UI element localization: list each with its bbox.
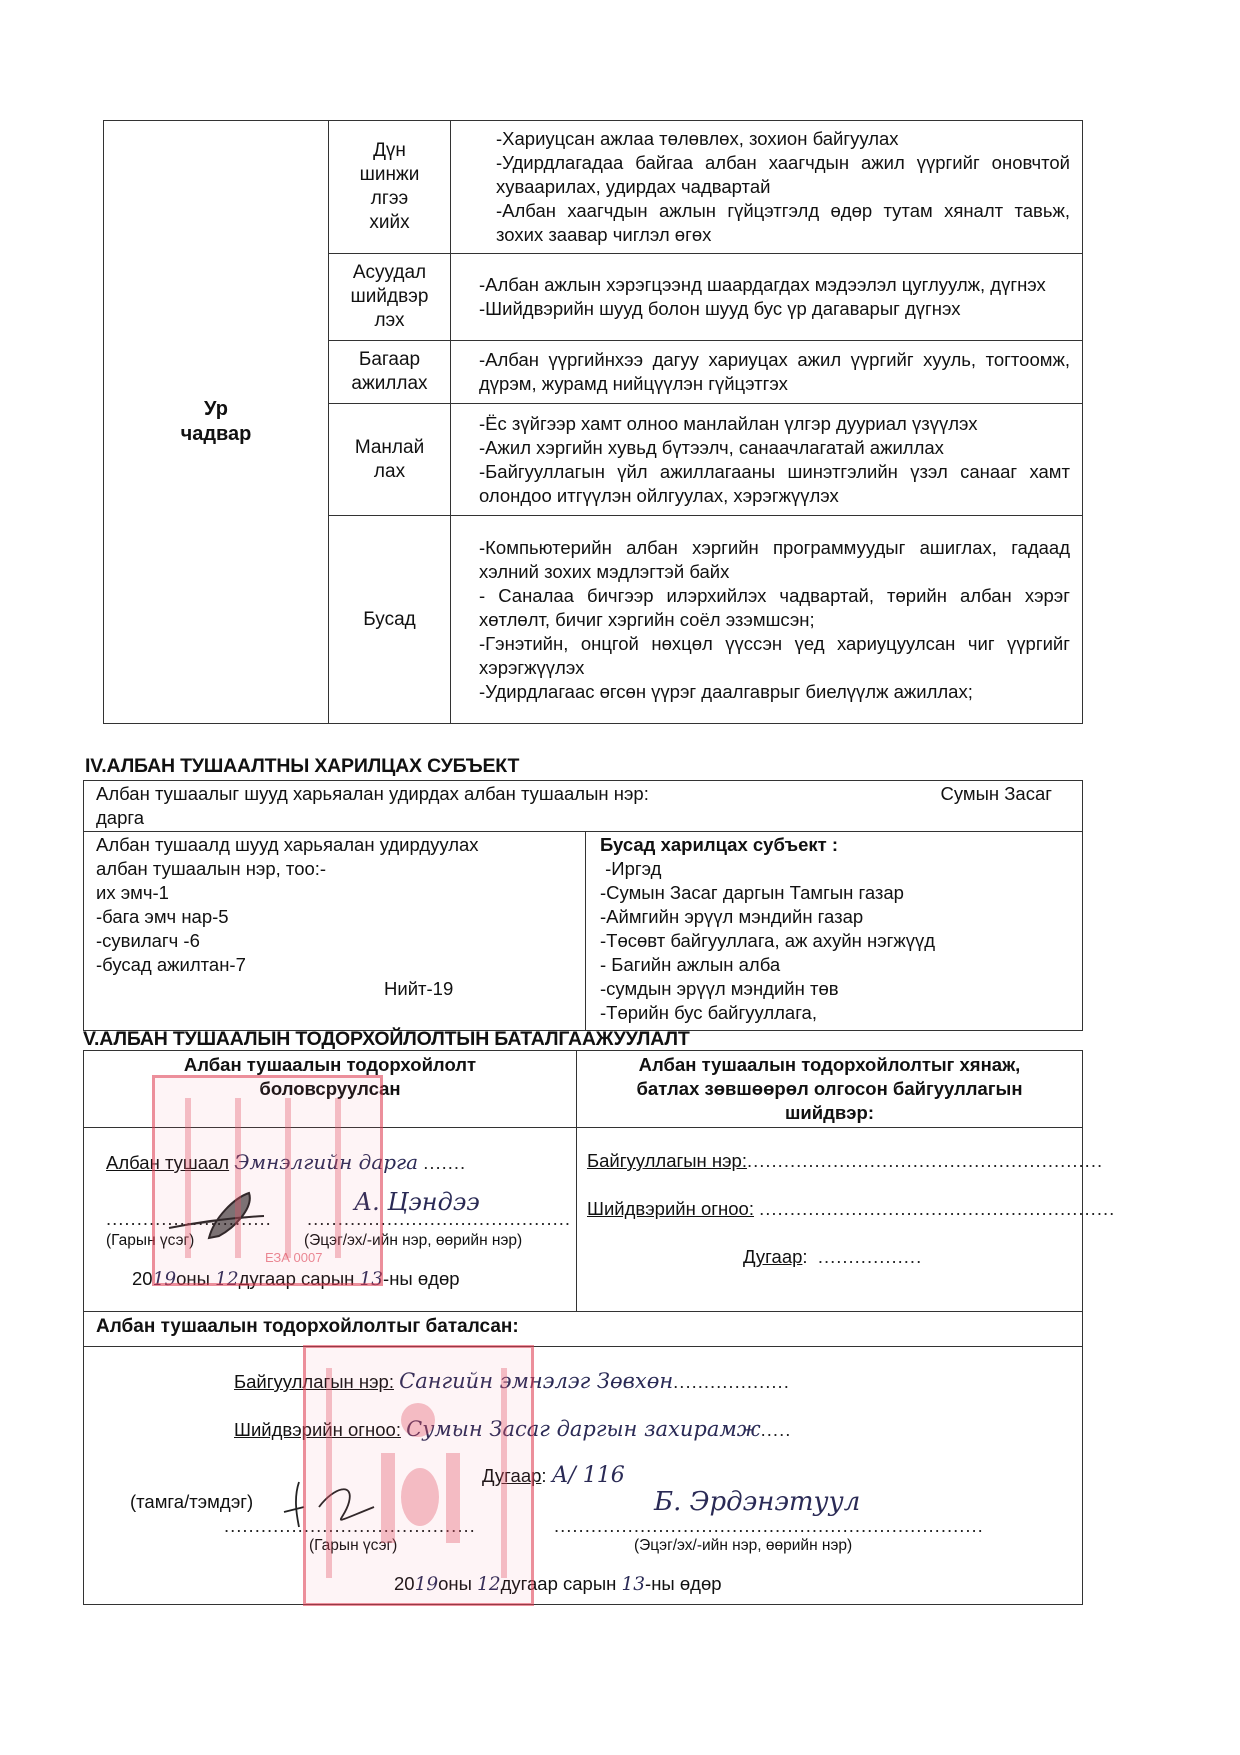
approved-decision-date-label: Шийдвэрийн огноо: xyxy=(234,1419,401,1440)
review-number-field: Дугаар: ................. xyxy=(743,1246,922,1268)
review-org-label: Байгууллагын нэр: xyxy=(587,1150,747,1171)
skills-description: -Компьютерийн албан хэргийн программууды… xyxy=(451,516,1083,724)
skill-item: -Албан ажлын хэрэгцээнд шаардагдах мэдээ… xyxy=(479,273,1070,297)
subordinate-item: -бага эмч нар-5 xyxy=(96,905,573,929)
skill-item: -Ёс зүйгээр хамт олноо манлайлан үлгэр д… xyxy=(479,412,1070,436)
approval-header-row: Албан тушаалын тодорхойлолт боловсруулса… xyxy=(84,1051,1083,1128)
skills-subcategory: Дүн шинжи лгээ хийх xyxy=(329,121,451,254)
review-decision-date-field: Шийдвэрийн огноо: ......................… xyxy=(587,1198,1115,1220)
signature-caption: (Гарын үсэг) xyxy=(106,1232,194,1250)
date-month-suffix: дугаар сарын xyxy=(501,1573,617,1594)
subcategory-line: лгээ xyxy=(331,187,448,211)
skills-row: Ур чадвар Дүн шинжи лгээ хийх -Хариуцсан… xyxy=(104,121,1083,254)
review-header-line: Албан тушаалын тодорхойлолтыг хянаж, xyxy=(585,1053,1074,1077)
other-subject-item: -Аймгийн эрүүл мэндийн газар xyxy=(600,905,1070,929)
subcategory-line: Манлай xyxy=(331,436,448,460)
supervisor-row: Албан тушаалыг шууд харьяалан удирдах ал… xyxy=(84,781,1083,832)
skill-item: -Удирдлагаас өгсөн үүрэг даалгаврыг биел… xyxy=(479,680,1070,704)
review-header-line: батлах зөвшөөрөл олгосон байгууллагын xyxy=(585,1077,1074,1101)
subcategory-line: хийх xyxy=(331,211,448,235)
skill-item: - Саналаа бичгээр илэрхийлэх чадвартай, … xyxy=(479,584,1070,632)
subordinates-total: Нийт-19 xyxy=(96,977,573,1001)
subcategory-line: шийдвэр xyxy=(331,285,448,309)
prepared-header-line: боловсруулсан xyxy=(92,1077,568,1101)
subordinates-heading: Албан тушаалд шууд харьяалан удирдуулах xyxy=(96,833,573,857)
date-day-suffix: -ны өдөр xyxy=(645,1573,721,1594)
other-subject-item: - Багийн ажлын алба xyxy=(600,953,1070,977)
skills-subcategory: Манлай лах xyxy=(329,404,451,516)
review-header-line: шийдвэр: xyxy=(585,1101,1074,1125)
approval-body-row: Албан тушаал Эмнэлгийн дарга ....... А. … xyxy=(84,1128,1083,1312)
section-5-table: Албан тушаалын тодорхойлолт боловсруулса… xyxy=(83,1050,1083,1605)
other-subject-item: -Иргэд xyxy=(600,857,1070,881)
subcategory-line: шинжи xyxy=(331,163,448,187)
prepared-cell: Албан тушаал Эмнэлгийн дарга ....... А. … xyxy=(84,1128,577,1312)
approved-decision-date-field: Шийдвэрийн огноо: Сумын Засаг даргын зах… xyxy=(234,1417,791,1441)
subordinate-item: -сувилагч -6 xyxy=(96,929,573,953)
approved-number-label: Дугаар xyxy=(482,1465,541,1486)
approved-org-label: Байгууллагын нэр: xyxy=(234,1371,394,1392)
supervisor-cell: Албан тушаалыг шууд харьяалан удирдах ал… xyxy=(84,781,1083,832)
subcategory-line: лах xyxy=(331,460,448,484)
skill-item: -Албан хаагчдын ажлын гүйцэтгэлд өдөр ту… xyxy=(496,199,1070,247)
approved-org-value: Сангийн эмнэлэг Зөвхөн xyxy=(399,1369,673,1393)
name-caption: (Эцэг/эх/-ийн нэр, өөрийн нэр) xyxy=(634,1537,852,1555)
skill-item: -Албан үүргийнхээ дагуу хариуцах ажил үү… xyxy=(479,348,1070,396)
other-subject-item: -Төсөвт байгууллага, аж ахуйн нэгжүүд xyxy=(600,929,1070,953)
name-caption: (Эцэг/эх/-ийн нэр, өөрийн нэр) xyxy=(304,1232,522,1250)
date-prefix: 20 xyxy=(132,1268,153,1289)
name-dotted-line: ........................................… xyxy=(554,1515,984,1537)
dotted-line: ........................................… xyxy=(747,1150,1103,1171)
skills-description: -Албан үүргийнхээ дагуу хариуцах ажил үү… xyxy=(451,341,1083,404)
subordinate-item: -бусад ажилтан-7 xyxy=(96,953,573,977)
dotted-line: ..... xyxy=(761,1419,792,1440)
position-value: Эмнэлгийн дарга xyxy=(234,1150,418,1174)
section-5-title: V.АЛБАН ТУШААЛЫН ТОДОРХОЙЛОЛТЫН БАТАЛГАА… xyxy=(83,1028,690,1051)
prepared-date: 2019оны 12дугаар сарын 13-ны өдөр xyxy=(132,1268,460,1290)
review-header: Албан тушаалын тодорхойлолтыг хянаж, бат… xyxy=(577,1051,1083,1128)
skill-item: -Компьютерийн албан хэргийн программууды… xyxy=(479,536,1070,584)
other-subject-item: -Төрийн бус байгууллага, xyxy=(600,1001,1070,1025)
section-4-table: Албан тушаалыг шууд харьяалан удирдах ал… xyxy=(83,780,1083,1031)
name-dotted-line: ........................................… xyxy=(307,1208,571,1230)
review-cell: Байгууллагын нэр:.......................… xyxy=(577,1128,1083,1312)
skills-subcategory: Бусад xyxy=(329,516,451,724)
date-year: 19 xyxy=(415,1574,439,1595)
prepared-header-line: Албан тушаалын тодорхойлолт xyxy=(92,1053,568,1077)
dotted-line: ................. xyxy=(818,1246,922,1267)
skill-item: -Байгууллагын үйл ажиллагааны шинэтгэлий… xyxy=(479,460,1070,508)
subcategory-line: Багаар xyxy=(331,348,448,372)
date-year-suffix: оны xyxy=(438,1573,472,1594)
prepared-header: Албан тушаалын тодорхойлолт боловсруулса… xyxy=(84,1051,577,1128)
section-4-title: IV.АЛБАН ТУШААЛТНЫ ХАРИЛЦАХ СУБЪЕКТ xyxy=(85,755,519,778)
other-subjects-heading: Бусад харилцах субъект : xyxy=(600,833,1070,857)
subordinate-item: их эмч-1 xyxy=(96,881,573,905)
skill-item: -Шийдвэрийн шууд болон шууд бус үр дагав… xyxy=(479,297,1070,321)
skills-description: -Хариуцсан ажлаа төлөвлөх, зохион байгуу… xyxy=(451,121,1083,254)
skills-table: Ур чадвар Дүн шинжи лгээ хийх -Хариуцсан… xyxy=(103,120,1083,724)
date-month-suffix: дугаар сарын xyxy=(239,1268,355,1289)
approved-date: 2019оны 12дугаар сарын 13-ны өдөр xyxy=(394,1573,722,1595)
review-decision-date-label: Шийдвэрийн огноо: xyxy=(587,1198,754,1219)
subcategory-line: Асуудал xyxy=(331,261,448,285)
other-subjects-cell: Бусад харилцах субъект : -Иргэд -Сумын З… xyxy=(586,832,1083,1031)
subcategory-line: ажиллах xyxy=(331,372,448,396)
date-prefix: 20 xyxy=(394,1573,415,1594)
skills-description: -Албан ажлын хэрэгцээнд шаардагдах мэдээ… xyxy=(451,254,1083,341)
supervisor-label: Албан тушаалыг шууд харьяалан удирдах ал… xyxy=(96,783,649,804)
subjects-row: Албан тушаалд шууд харьяалан удирдуулах … xyxy=(84,832,1083,1031)
position-field: Албан тушаал Эмнэлгийн дарга ....... xyxy=(106,1150,466,1174)
subcategory-line: Бусад xyxy=(331,608,448,632)
date-day: 13 xyxy=(360,1269,384,1290)
dotted-line: ................... xyxy=(673,1371,790,1392)
subordinates-heading: албан тушаалын нэр, тоо:- xyxy=(96,857,573,881)
subcategory-line: лэх xyxy=(331,309,448,333)
skill-item: -Ажил хэргийн хувьд бүтээлч, санаачлагат… xyxy=(479,436,1070,460)
skill-item: -Хариуцсан ажлаа төлөвлөх, зохион байгуу… xyxy=(496,127,1070,151)
approved-number-field: Дугаар: А/ 116 xyxy=(482,1463,625,1488)
subordinates-cell: Албан тушаалд шууд харьяалан удирдуулах … xyxy=(84,832,586,1031)
date-day: 13 xyxy=(622,1574,646,1595)
skills-subcategory: Асуудал шийдвэр лэх xyxy=(329,254,451,341)
skills-category-cell: Ур чадвар xyxy=(104,121,329,724)
date-year: 19 xyxy=(153,1269,177,1290)
seal-label: (тамга/тэмдэг) xyxy=(130,1491,253,1513)
position-label: Албан тушаал xyxy=(106,1152,229,1173)
skills-description: -Ёс зүйгээр хамт олноо манлайлан үлгэр д… xyxy=(451,404,1083,516)
supervisor-value: Сумын Засаг xyxy=(940,782,1052,806)
approved-heading-row: Албан тушаалын тодорхойлолтыг баталсан: xyxy=(84,1312,1083,1347)
skills-subcategory: Багаар ажиллах xyxy=(329,341,451,404)
approved-cell: Байгууллагын нэр: Сангийн эмнэлэг Зөвхөн… xyxy=(84,1347,1083,1605)
subcategory-line: Дүн xyxy=(331,139,448,163)
approved-body-row: Байгууллагын нэр: Сангийн эмнэлэг Зөвхөн… xyxy=(84,1347,1083,1605)
date-month: 12 xyxy=(215,1269,239,1290)
signature-caption: (Гарын үсэг) xyxy=(309,1537,397,1555)
date-day-suffix: -ны өдөр xyxy=(383,1268,459,1289)
approved-number-value: А/ 116 xyxy=(552,1463,625,1488)
other-subject-item: -сумдын эрүүл мэндийн төв xyxy=(600,977,1070,1001)
dotted-line: ........................................… xyxy=(759,1198,1115,1219)
approved-name-value: Б. Эрдэнэтуул xyxy=(654,1487,860,1517)
skill-item: -Удирдлагадаа байгаа албан хаагчдын ажил… xyxy=(496,151,1070,199)
skills-category-label: Ур чадвар xyxy=(176,397,256,447)
approved-decision-date-value: Сумын Засаг даргын захирамж xyxy=(406,1417,761,1441)
date-year-suffix: оны xyxy=(176,1268,210,1289)
skill-item: -Гэнэтийн, онцгой нөхцөл үүссэн үед хари… xyxy=(479,632,1070,680)
supervisor-value-cont: дарга xyxy=(96,806,1070,830)
date-month: 12 xyxy=(477,1574,501,1595)
other-subject-item: -Сумын Засаг даргын Тамгын газар xyxy=(600,881,1070,905)
approved-heading: Албан тушаалын тодорхойлолтыг баталсан: xyxy=(84,1312,1083,1347)
signature-dotted-line: ........................................… xyxy=(224,1515,476,1537)
dotted-line: ....... xyxy=(423,1152,466,1173)
review-org-field: Байгууллагын нэр:.......................… xyxy=(587,1150,1103,1172)
review-number-label: Дугаар xyxy=(743,1246,802,1267)
approved-org-field: Байгууллагын нэр: Сангийн эмнэлэг Зөвхөн… xyxy=(234,1369,790,1393)
